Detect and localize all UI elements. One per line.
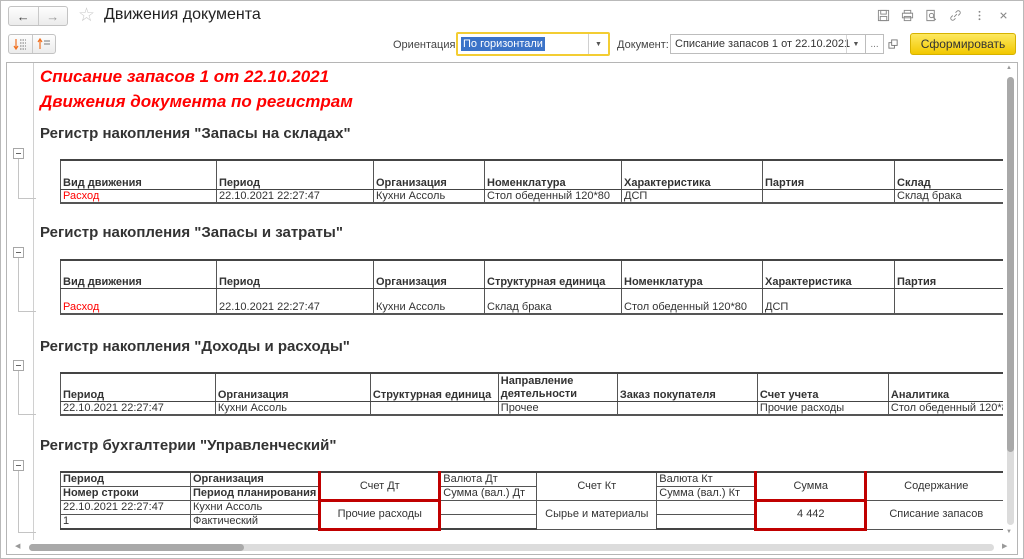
column-header: Номенклатура (485, 160, 622, 189)
table-cell (440, 515, 537, 530)
link-icon[interactable] (943, 6, 967, 24)
scroll-right-icon[interactable]: ▶ (1002, 542, 1007, 550)
table-cell (440, 501, 537, 515)
document-subtitle: Движения документа по регистрам (40, 92, 353, 112)
table-cell: 22.10.2021 22:27:47 (217, 189, 374, 203)
orientation-value: По горизонтали (461, 37, 545, 51)
table-cell: 1 (61, 515, 191, 530)
column-header: Сумма (вал.) Дт (440, 487, 537, 501)
column-header: Характеристика (763, 260, 895, 288)
movements-window: ← → ☆ Движения документа Ориентация: (0, 0, 1024, 559)
collapse-group-icon[interactable] (13, 247, 24, 258)
register-table-inventory-costs: Вид движения Период Организация Структур… (60, 259, 1015, 315)
scroll-thumb[interactable] (1007, 77, 1014, 452)
table-cell: Стол обеденный 120*80 (485, 189, 622, 203)
scroll-left-icon[interactable]: ◀ (15, 542, 20, 550)
collapse-group-icon[interactable] (13, 460, 24, 471)
column-header: Направлениедеятельности (498, 373, 617, 401)
forward-button[interactable]: → (38, 7, 68, 25)
back-button[interactable]: ← (9, 7, 38, 25)
column-header: Период (61, 472, 191, 487)
column-header: Аналитика (888, 373, 1016, 401)
close-icon[interactable] (991, 6, 1015, 24)
dropdown-arrow-icon[interactable]: ▼ (588, 34, 608, 54)
table-cell: Кухни Ассоль (374, 189, 485, 203)
group-line (18, 371, 36, 415)
register-table-income-expenses: Период Организация Структурная единица Н… (60, 372, 1017, 416)
group-line (18, 471, 36, 533)
grouping-gutter (7, 63, 34, 541)
column-header: Период (217, 260, 374, 288)
content-header: Содержание (866, 472, 1006, 501)
document-label: Документ: (617, 39, 669, 51)
table-cell: Прочие расходы (757, 401, 888, 415)
expand-all-button[interactable] (9, 35, 32, 53)
table-cell: 22.10.2021 22:27:47 (61, 501, 191, 515)
amount-header: Сумма (756, 472, 866, 501)
group-line (18, 159, 36, 199)
column-header: Партия (763, 160, 895, 189)
debit-account-cell: Прочие расходы (320, 501, 440, 530)
scroll-up-icon[interactable]: ▲ (1006, 65, 1012, 71)
table-row: Расход 22.10.2021 22:27:47 Кухни Ассоль … (61, 189, 1015, 203)
table-cell: Кухни Ассоль (374, 288, 485, 314)
table-cell (370, 401, 498, 415)
vertical-scrollbar[interactable]: ▲ ▼ (1003, 63, 1017, 541)
group-buttons (8, 34, 56, 54)
register-title: Регистр накопления "Доходы и расходы" (40, 338, 350, 355)
preview-icon[interactable] (919, 6, 943, 24)
table-cell: Склад брака (895, 189, 1015, 203)
window-title: Движения документа (104, 6, 261, 24)
column-header: Партия (895, 260, 1015, 288)
column-header: Характеристика (622, 160, 763, 189)
column-header: Сумма (вал.) Кт (657, 487, 756, 501)
table-cell (617, 401, 757, 415)
column-header: Склад (895, 160, 1015, 189)
column-header: Период (217, 160, 374, 189)
table-cell: Кухни Ассоль (215, 401, 370, 415)
column-header: Организация (215, 373, 370, 401)
register-table-accounting: Период Организация Счет Дт Валюта Дт Сче… (60, 471, 1006, 531)
column-header: Структурная единица (485, 260, 622, 288)
register-table-stock: Вид движения Период Организация Номенкла… (60, 159, 1015, 204)
orientation-select[interactable]: По горизонтали ▼ (456, 32, 610, 56)
scroll-down-icon[interactable]: ▼ (1006, 529, 1012, 535)
credit-account-cell: Сырье и материалы (537, 501, 657, 530)
table-cell (657, 515, 756, 530)
column-header: Организация (374, 260, 485, 288)
movement-type-cell[interactable]: Расход (61, 288, 217, 314)
table-cell: Фактический (191, 515, 320, 530)
content-cell: Списание запасов (866, 501, 1006, 530)
open-document-button[interactable] (885, 34, 902, 54)
favorite-star-icon[interactable]: ☆ (78, 4, 95, 27)
table-cell: Кухни Ассоль (191, 501, 320, 515)
table-cell (657, 501, 756, 515)
column-header: Вид движения (61, 160, 217, 189)
document-choose-button[interactable]: ... (866, 34, 884, 54)
register-title: Регистр бухгалтерии "Управленческий" (40, 437, 336, 454)
report-area: Списание запасов 1 от 22.10.2021 Движени… (6, 62, 1018, 555)
collapse-group-icon[interactable] (13, 148, 24, 159)
table-row: 22.10.2021 22:27:47 Кухни Ассоль Прочие … (61, 501, 1006, 515)
document-title: Списание запасов 1 от 22.10.2021 (40, 67, 329, 87)
more-icon[interactable] (967, 6, 991, 24)
table-cell: Склад брака (485, 288, 622, 314)
column-header: Вид движения (61, 260, 217, 288)
sort-up-list-icon (37, 37, 51, 51)
column-header: Организация (374, 160, 485, 189)
table-row: 22.10.2021 22:27:47 Кухни Ассоль Прочее … (61, 401, 1017, 415)
column-header: Структурная единица (370, 373, 498, 401)
credit-account-header: Счет Кт (537, 472, 657, 501)
nav-buttons: ← → (8, 6, 68, 26)
arrow-right-icon: → (46, 9, 59, 24)
collapse-group-icon[interactable] (13, 360, 24, 371)
column-header: Валюта Дт (440, 472, 537, 487)
arrow-left-icon: ← (17, 9, 30, 24)
amount-cell: 4 442 (756, 501, 866, 530)
column-header: Номенклатура (622, 260, 763, 288)
register-title: Регистр накопления "Запасы и затраты" (40, 224, 343, 241)
column-header: Период планирования (191, 487, 320, 501)
dropdown-arrow-icon[interactable]: ▼ (846, 35, 865, 53)
generate-button[interactable]: Сформировать (910, 33, 1016, 55)
table-cell: 22.10.2021 22:27:47 (61, 401, 216, 415)
table-cell: Стол обеденный 120*80 (622, 288, 763, 314)
scroll-thumb[interactable] (29, 544, 244, 551)
movement-type-cell[interactable]: Расход (61, 189, 217, 203)
orientation-label: Ориентация: (393, 39, 459, 51)
column-header: Счет учета (757, 373, 888, 401)
group-line (18, 258, 36, 312)
table-cell: Стол обеденный 120*80 (888, 401, 1016, 415)
column-header: Период (61, 373, 216, 401)
table-cell (895, 288, 1015, 314)
horizontal-scrollbar[interactable]: ◀ ▶ (7, 540, 1017, 554)
table-cell: ДСП (763, 288, 895, 314)
sort-down-list-icon (13, 37, 27, 51)
print-icon[interactable] (895, 6, 919, 24)
collapse-all-button[interactable] (32, 35, 56, 53)
column-header: Заказ покупателя (617, 373, 757, 401)
document-value: Списание запасов 1 от 22.10.2021 (675, 38, 850, 50)
table-cell: 22.10.2021 22:27:47 (217, 288, 374, 314)
table-row: Расход 22.10.2021 22:27:47 Кухни Ассоль … (61, 288, 1015, 314)
column-header: Организация (191, 472, 320, 487)
table-cell: ДСП (622, 189, 763, 203)
debit-account-header: Счет Дт (320, 472, 440, 501)
table-cell (763, 189, 895, 203)
document-select[interactable]: Списание запасов 1 от 22.10.2021 ▼ (670, 34, 866, 54)
save-icon[interactable] (871, 6, 895, 24)
window-actions (871, 6, 1015, 24)
table-cell: Прочее (498, 401, 617, 415)
column-header: Номер строки (61, 487, 191, 501)
column-header: Валюта Кт (657, 472, 756, 487)
register-title: Регистр накопления "Запасы на складах" (40, 125, 351, 142)
open-window-icon (888, 39, 899, 50)
